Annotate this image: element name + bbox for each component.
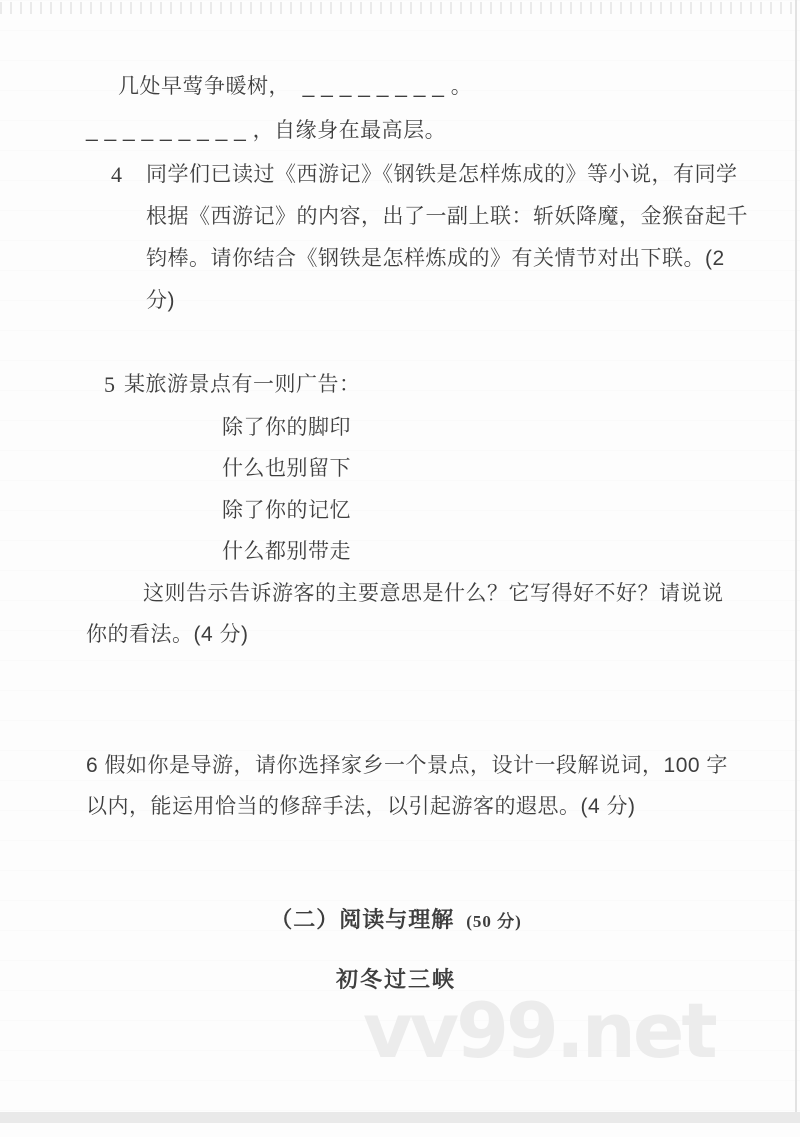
question-4-number: 4 xyxy=(111,161,122,189)
question-4-line-1: 同学们已读过《西游记》《钢铁是怎样炼成的》等小说，有同学 xyxy=(146,161,738,189)
question-5-ad-line-3: 除了你的记忆 xyxy=(222,497,351,525)
poem-blank-line-2: _ _ _ _ _ _ _ _ _ ，自缘身在最高层。 xyxy=(86,117,446,145)
section-heading-score: (50 分) xyxy=(466,912,522,931)
question-5-ad-line-1: 除了你的脚印 xyxy=(222,414,351,442)
watermark: vv99.net xyxy=(363,993,715,1069)
scan-perforation-edge xyxy=(0,2,800,14)
page-right-edge-line xyxy=(795,0,797,1123)
section-heading-title: （二）阅读与理解 xyxy=(270,907,454,932)
exam-paper-page: 几处早莺争暖树， _ _ _ _ _ _ _ _ 。 _ _ _ _ _ _ _… xyxy=(0,0,800,1137)
question-6-line-1: 6 假如你是导游，请你选择家乡一个景点，设计一段解说词，100 字 xyxy=(86,752,728,780)
scan-bottom-band xyxy=(0,1112,800,1123)
poem-blank-line-1: 几处早莺争暖树， _ _ _ _ _ _ _ _ 。 xyxy=(118,73,472,101)
question-4-line-4: 分) xyxy=(146,287,175,315)
question-5-question-line-2: 你的看法。(4 分) xyxy=(86,621,249,649)
question-6-line-2: 以内，能运用恰当的修辞手法，以引起游客的遐思。(4 分) xyxy=(86,793,636,821)
question-5-ad-line-2: 什么也别留下 xyxy=(222,455,351,483)
question-5-number: 5 xyxy=(104,371,115,399)
question-4-line-2: 根据《西游记》的内容，出了一副上联：斩妖降魔，金猴奋起千 xyxy=(146,203,748,231)
question-5-ad-line-4: 什么都别带走 xyxy=(222,538,351,566)
section-heading: （二）阅读与理解(50 分) xyxy=(0,903,792,934)
question-5-intro: 某旅游景点有一则广告： xyxy=(124,371,361,399)
question-5-question-line-1: 这则告示告诉游客的主要意思是什么？它写得好不好？请说说 xyxy=(143,580,724,608)
question-4-line-3: 钧棒。请你结合《钢铁是怎样炼成的》有关情节对出下联。(2 xyxy=(146,245,725,273)
